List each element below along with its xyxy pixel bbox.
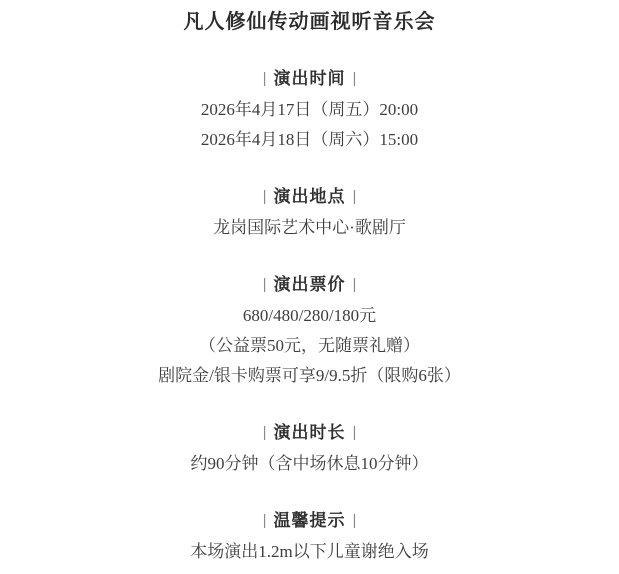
section-heading: |演出地点|: [0, 182, 619, 213]
heading-left-bar: |: [263, 70, 267, 87]
section-duration: |演出时长| 约90分钟（含中场休息10分钟）: [0, 418, 619, 479]
heading-right-bar: |: [353, 512, 357, 529]
section-heading-text: 演出时间: [274, 69, 346, 88]
event-info-page: 凡人修仙传动画视听音乐会 |演出时间| 2026年4月17日（周五）20:00 …: [0, 0, 619, 567]
heading-right-bar: |: [353, 276, 357, 293]
heading-left-bar: |: [263, 424, 267, 441]
section-venue: |演出地点| 龙岗国际艺术中心·歌剧厅: [0, 182, 619, 243]
section-heading: |演出时长|: [0, 418, 619, 449]
info-line: （公益票50元，无随票礼赠）: [0, 331, 619, 361]
section-heading: |演出票价|: [0, 270, 619, 301]
heading-left-bar: |: [263, 188, 267, 205]
heading-left-bar: |: [263, 512, 267, 529]
info-line: 本场演出1.2m以下儿童谢绝入场: [0, 537, 619, 567]
section-heading-text: 演出时长: [274, 423, 346, 442]
section-heading-text: 演出票价: [274, 275, 346, 294]
heading-right-bar: |: [353, 188, 357, 205]
section-heading-text: 温馨提示: [274, 511, 346, 530]
section-heading: |演出时间|: [0, 64, 619, 95]
section-heading-text: 演出地点: [274, 187, 346, 206]
info-line: 2026年4月17日（周五）20:00: [0, 95, 619, 125]
heading-right-bar: |: [353, 70, 357, 87]
info-line: 剧院金/银卡购票可享9/9.5折（限购6张）: [0, 361, 619, 391]
section-ticket-price: |演出票价| 680/480/280/180元 （公益票50元，无随票礼赠） 剧…: [0, 270, 619, 391]
page-title: 凡人修仙传动画视听音乐会: [0, 7, 619, 37]
section-heading: |温馨提示|: [0, 506, 619, 537]
info-line: 约90分钟（含中场休息10分钟）: [0, 449, 619, 479]
info-line: 680/480/280/180元: [0, 301, 619, 331]
section-show-time: |演出时间| 2026年4月17日（周五）20:00 2026年4月18日（周六…: [0, 64, 619, 155]
section-notice: |温馨提示| 本场演出1.2m以下儿童谢绝入场: [0, 506, 619, 567]
info-line: 龙岗国际艺术中心·歌剧厅: [0, 213, 619, 243]
heading-right-bar: |: [353, 424, 357, 441]
heading-left-bar: |: [263, 276, 267, 293]
info-line: 2026年4月18日（周六）15:00: [0, 125, 619, 155]
